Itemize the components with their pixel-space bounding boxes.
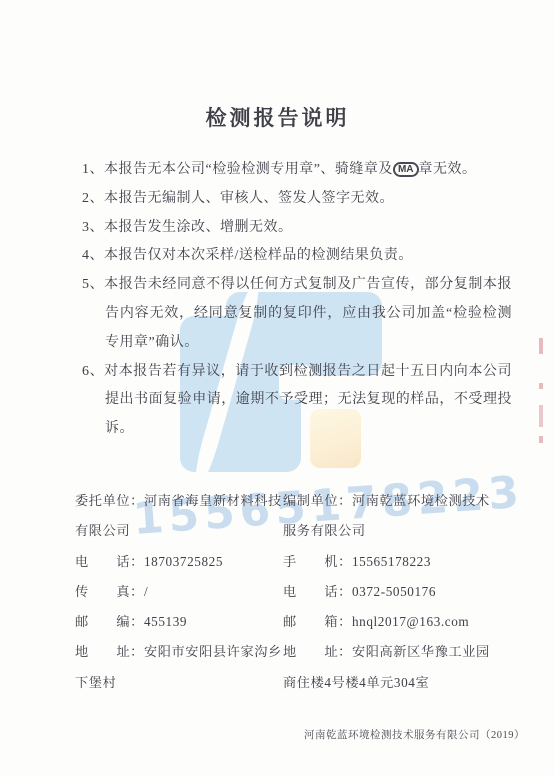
- contact-row: 电 话：0372-5050176: [283, 577, 535, 607]
- field-value: hnql2017@163.com: [352, 614, 469, 629]
- note-text: 本报告未经同意不得以任何方式复制及广告宣传，部分复制本报告内容无效，经同意复制的…: [104, 277, 512, 350]
- field-value: 下堡村: [75, 675, 116, 690]
- note-number: 3、: [82, 220, 104, 235]
- field-label: 电 话：: [75, 554, 144, 569]
- note-item-3: 3、本报告发生涂改、增删无效。: [82, 214, 512, 243]
- note-text: 本报告发生涂改、增删无效。: [104, 220, 293, 235]
- bleed-mark: [539, 405, 543, 427]
- footer-company-line: 河南乾蓝环境检测技术服务有限公司（2019）: [304, 727, 525, 742]
- page-title: 检测报告说明: [0, 102, 555, 132]
- note-text: 对本报告若有异议，请于收到检测报告之日起十五日内向本公司提出书面复验申请，逾期不…: [104, 364, 512, 437]
- bleed-mark: [539, 383, 543, 389]
- note-number: 4、: [82, 248, 104, 263]
- note-item-5: 5、本报告未经同意不得以任何方式复制及广告宣传，部分复制本报告内容无效，经同意复…: [82, 271, 512, 357]
- cma-mark-label: MA: [398, 164, 414, 175]
- field-label: 传 真：: [75, 584, 144, 599]
- field-value: 0372-5050176: [352, 584, 436, 599]
- note-text: 本报告无编制人、审核人、签发人签字无效。: [104, 191, 394, 206]
- field-value: 安阳市安阳县许家沟乡: [144, 644, 282, 659]
- note-number: 1、: [82, 162, 104, 177]
- field-value: 商住楼4号楼4单元304室: [283, 675, 429, 690]
- contact-row: 下堡村: [75, 668, 283, 698]
- note-text: 本报告无本公司“检验检测专用章”、骑缝章及: [104, 162, 393, 177]
- contact-row: 邮 编：455139: [75, 607, 283, 637]
- field-label: 电 话：: [283, 584, 352, 599]
- report-notes-page: 15565178223 检测报告说明 1、本报告无本公司“检验检测专用章”、骑缝…: [0, 0, 555, 776]
- note-number: 5、: [82, 277, 104, 292]
- field-value: 455139: [144, 614, 187, 629]
- note-item-1: 1、本报告无本公司“检验检测专用章”、骑缝章及MA章无效。: [82, 156, 512, 185]
- notes-list: 1、本报告无本公司“检验检测专用章”、骑缝章及MA章无效。 2、本报告无编制人、…: [82, 156, 512, 444]
- client-contact-column: 委托单位：河南省海皇新材料科技 有限公司 电 话：18703725825 传 真…: [75, 486, 283, 698]
- contact-row: 传 真：/: [75, 577, 283, 607]
- note-item-4: 4、本报告仅对本次采样/送检样品的检测结果负责。: [82, 242, 512, 271]
- field-value: 河南省海皇新材料科技: [144, 493, 282, 508]
- contact-row: 电 话：18703725825: [75, 547, 283, 577]
- field-label: 编制单位：: [283, 493, 352, 508]
- field-value: 有限公司: [75, 523, 130, 538]
- field-label: 地 址：: [75, 644, 144, 659]
- contact-row: 邮 箱：hnql2017@163.com: [283, 607, 535, 637]
- contact-row: 服务有限公司: [283, 516, 535, 546]
- note-number: 2、: [82, 191, 104, 206]
- note-number: 6、: [82, 364, 104, 379]
- field-label: 地 址：: [283, 644, 352, 659]
- field-label: 手 机：: [283, 554, 352, 569]
- contact-row: 地 址：安阳市安阳县许家沟乡: [75, 637, 283, 667]
- bleed-mark: [539, 338, 543, 354]
- contact-row: 编制单位：河南乾蓝环境检测技术: [283, 486, 535, 516]
- note-item-2: 2、本报告无编制人、审核人、签发人签字无效。: [82, 185, 512, 214]
- note-text: 本报告仅对本次采样/送检样品的检测结果负责。: [104, 248, 413, 263]
- field-value: /: [144, 584, 148, 599]
- field-value: 河南乾蓝环境检测技术: [352, 493, 490, 508]
- note-text: 章无效。: [419, 162, 477, 177]
- field-value: 15565178223: [352, 554, 431, 569]
- note-item-6: 6、对本报告若有异议，请于收到检测报告之日起十五日内向本公司提出书面复验申请，逾…: [82, 358, 512, 444]
- field-value: 服务有限公司: [283, 523, 366, 538]
- contact-row: 地 址：安阳高新区华豫工业园: [283, 637, 535, 667]
- contact-section: 委托单位：河南省海皇新材料科技 有限公司 电 话：18703725825 传 真…: [75, 486, 535, 698]
- field-label: 委托单位：: [75, 493, 144, 508]
- cma-mark-icon: MA: [393, 162, 419, 177]
- field-value: 安阳高新区华豫工业园: [352, 644, 490, 659]
- field-label: 邮 箱：: [283, 614, 352, 629]
- bleed-mark: [539, 436, 543, 443]
- contact-row: 手 机：15565178223: [283, 547, 535, 577]
- field-value: 18703725825: [144, 554, 223, 569]
- contact-row: 有限公司: [75, 516, 283, 546]
- field-label: 邮 编：: [75, 614, 144, 629]
- contact-row: 商住楼4号楼4单元304室: [283, 668, 535, 698]
- contact-row: 委托单位：河南省海皇新材料科技: [75, 486, 283, 516]
- issuer-contact-column: 编制单位：河南乾蓝环境检测技术 服务有限公司 手 机：15565178223 电…: [283, 486, 535, 698]
